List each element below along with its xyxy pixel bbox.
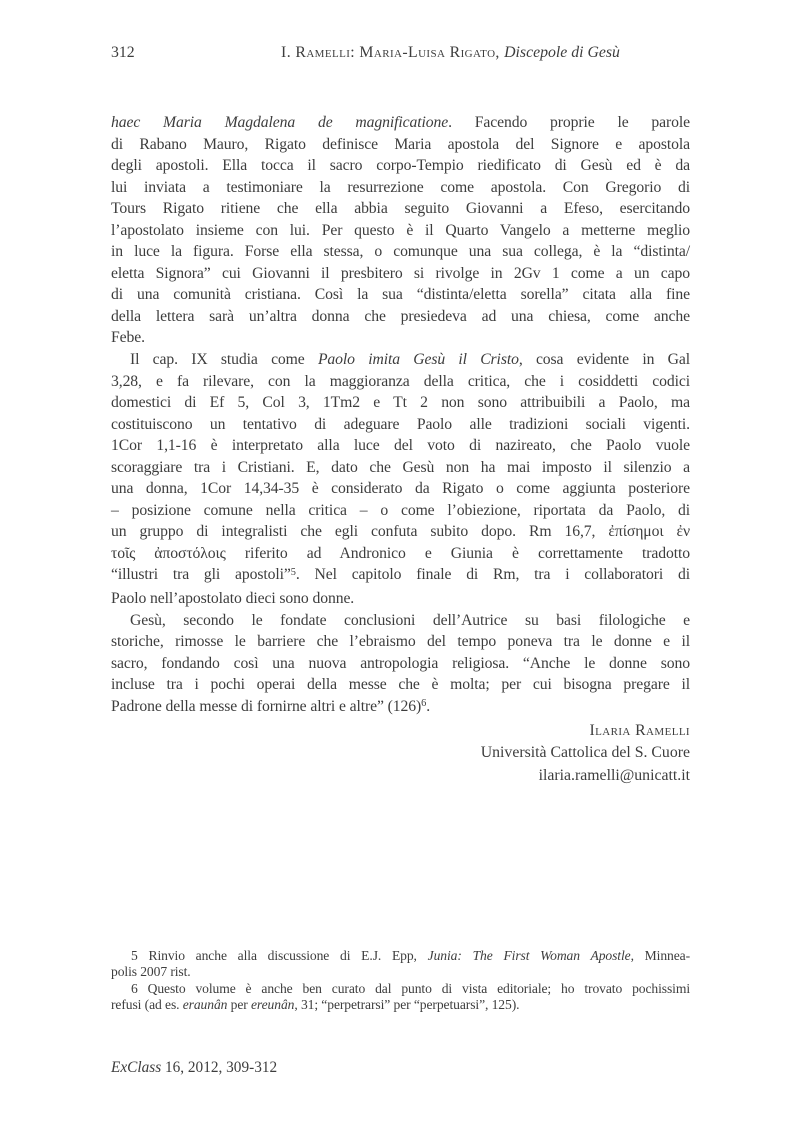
text-run: I. Ramelli: Maria-Luisa Rigato, (281, 44, 504, 61)
body-text-line: incluse tra i pochi operai della messe c… (111, 674, 690, 696)
text-run: Ilaria Ramelli (590, 722, 691, 739)
text-run: ereunân (251, 997, 294, 1012)
body-text-line: una donna, 1Cor 14,34-35 è considerato d… (111, 478, 690, 500)
text-run: Università Cattolica del S. Cuore (481, 744, 690, 761)
text-run: incluse tra i pochi operai della messe c… (111, 676, 690, 693)
text-run: 1Cor 1,1-16 è interpretato alla luce del… (111, 437, 690, 454)
page-header: 312 I. Ramelli: Maria-Luisa Rigato, Disc… (111, 44, 690, 62)
body-text-line: di una comunità cristiana. Così la sua “… (111, 284, 690, 306)
footnote-ref: 6 (421, 698, 426, 709)
body-text-line: un gruppo di integralisti che egli confu… (111, 521, 690, 543)
text-run: Paolo imita Gesù il Cristo (318, 351, 519, 368)
text-run: “illustri tra gli apostoli” (111, 566, 291, 583)
body-text-line: in luce la figura. Forse ella stessa, o … (111, 241, 690, 263)
text-run: per (227, 997, 251, 1012)
text-run: eraunân (183, 997, 228, 1012)
text-run: Paolo nell’apostolato dieci sono donne. (111, 590, 354, 607)
footnote-ref: 5 (291, 567, 296, 578)
review-body-text: haec Maria Magdalena de magnificatione. … (111, 112, 690, 719)
body-text-line: degli apostoli. Ella tocca il sacro corp… (111, 155, 690, 177)
text-run: . Facendo proprie le parole (448, 114, 690, 131)
text-run: , Minnea- (631, 948, 690, 963)
text-run: Febe. (111, 329, 145, 346)
journal-page: 312 I. Ramelli: Maria-Luisa Rigato, Disc… (0, 0, 800, 1129)
text-run: Junia: The First Woman Apostle (428, 948, 631, 963)
body-text-line: “illustri tra gli apostoli”5. Nel capito… (111, 564, 690, 588)
text-run: eletta Signora” cui Giovanni il presbite… (111, 265, 690, 282)
body-text-line: lui inviata a testimoniare la resurrezio… (111, 177, 690, 199)
text-run: storiche, rimosse le barriere che l’ebra… (111, 633, 690, 650)
text-run: refusi (ad es. (111, 997, 183, 1012)
footnote-line: polis 2007 rist. (111, 964, 690, 980)
text-run: . Nel capitolo finale di Rm, tra i colla… (296, 566, 690, 583)
text-run: degli apostoli. Ella tocca il sacro corp… (111, 157, 690, 174)
signature-line: Ilaria Ramelli (111, 720, 690, 742)
body-text-line: 1Cor 1,1-16 è interpretato alla luce del… (111, 435, 690, 457)
text-run: di Rabano Mauro, Rigato definisce Maria … (111, 136, 690, 153)
footnotes-block: 5 Rinvio anche alla discussione di E.J. … (111, 948, 690, 1013)
journal-citation-footer: ExClass 16, 2012, 309-312 (111, 1059, 277, 1077)
text-run: l’apostolato insieme con lui. Per questo… (111, 222, 690, 239)
body-text-line: costituiscono un tentativo di adeguare P… (111, 414, 690, 436)
text-run: domestici di Ef 5, Col 3, 1Tm2 e Tt 2 no… (111, 394, 690, 411)
footnote-line: refusi (ad es. eraunân per ereunân, 31; … (111, 997, 690, 1013)
text-run: , 31; “perpetrarsi” per “perpetuarsi”, 1… (294, 997, 519, 1012)
text-run: sacro, fondando così una nuova antropolo… (111, 655, 690, 672)
text-run: ilaria.ramelli@unicatt.it (539, 767, 690, 784)
text-run: 5 Rinvio anche alla discussione di E.J. … (131, 948, 428, 963)
text-run: τοῖς ἀποστόλοις riferito ad Andronico e … (111, 545, 690, 562)
author-signature-block: Ilaria RamelliUniversità Cattolica del S… (111, 720, 690, 787)
body-text-line: 3,28, e fa rilevare, con la maggioranza … (111, 371, 690, 393)
text-run: un gruppo di integralisti che egli confu… (111, 523, 690, 540)
body-text-line: τοῖς ἀποστόλοις riferito ad Andronico e … (111, 543, 690, 565)
text-run: polis 2007 rist. (111, 964, 191, 979)
body-text-line: haec Maria Magdalena de magnificatione. … (111, 112, 690, 134)
body-text-line: domestici di Ef 5, Col 3, 1Tm2 e Tt 2 no… (111, 392, 690, 414)
body-text-line: Padrone della messe di fornirne altri e … (111, 696, 690, 720)
text-run: Padrone della messe di fornirne altri e … (111, 698, 421, 715)
page-number: 312 (111, 44, 211, 62)
running-title: I. Ramelli: Maria-Luisa Rigato, Discepol… (211, 44, 690, 62)
text-run: , cosa evidente in Gal (519, 351, 690, 368)
body-text-line: Febe. (111, 327, 690, 349)
text-run: costituiscono un tentativo di adeguare P… (111, 416, 690, 433)
body-text-line: Il cap. IX studia come Paolo imita Gesù … (111, 349, 690, 371)
text-run: haec Maria Magdalena de magnificatione (111, 114, 448, 131)
body-text-line: sacro, fondando così una nuova antropolo… (111, 653, 690, 675)
text-run: lui inviata a testimoniare la resurrezio… (111, 179, 690, 196)
text-run: 16, 2012, 309-312 (161, 1059, 277, 1076)
text-run: una donna, 1Cor 14,34-35 è considerato d… (111, 480, 690, 497)
body-text-line: l’apostolato insieme con lui. Per questo… (111, 220, 690, 242)
footnote-line: 6 Questo volume è anche ben curato dal p… (111, 981, 690, 997)
text-run: – posizione comune nella critica – o com… (111, 502, 690, 519)
text-run: . (426, 698, 430, 715)
body-text-line: di Rabano Mauro, Rigato definisce Maria … (111, 134, 690, 156)
text-run: della lettera sarà un’altra donna che pr… (111, 308, 690, 325)
text-run: di una comunità cristiana. Così la sua “… (111, 286, 690, 303)
text-run: Il cap. IX studia come (130, 351, 318, 368)
body-text-line: della lettera sarà un’altra donna che pr… (111, 306, 690, 328)
body-text-line: Tours Rigato ritiene che ella abbia segu… (111, 198, 690, 220)
text-run: ExClass (111, 1059, 161, 1076)
text-run: scoraggiare tra i Cristiani. E, dato che… (111, 459, 690, 476)
text-run: 3,28, e fa rilevare, con la maggioranza … (111, 373, 690, 390)
text-run: Tours Rigato ritiene che ella abbia segu… (111, 200, 690, 217)
body-text-line: Paolo nell’apostolato dieci sono donne. (111, 588, 690, 610)
text-run: Discepole di Gesù (504, 44, 620, 61)
signature-line: ilaria.ramelli@unicatt.it (111, 765, 690, 787)
footnote-line: 5 Rinvio anche alla discussione di E.J. … (111, 948, 690, 964)
text-run: 6 Questo volume è anche ben curato dal p… (131, 981, 690, 996)
text-run: in luce la figura. Forse ella stessa, o … (111, 243, 690, 260)
body-text-line: scoraggiare tra i Cristiani. E, dato che… (111, 457, 690, 479)
body-text-line: storiche, rimosse le barriere che l’ebra… (111, 631, 690, 653)
text-run: Gesù, secondo le fondate conclusioni del… (130, 612, 690, 629)
signature-line: Università Cattolica del S. Cuore (111, 742, 690, 764)
body-text-line: eletta Signora” cui Giovanni il presbite… (111, 263, 690, 285)
body-text-line: Gesù, secondo le fondate conclusioni del… (111, 610, 690, 632)
body-text-line: – posizione comune nella critica – o com… (111, 500, 690, 522)
